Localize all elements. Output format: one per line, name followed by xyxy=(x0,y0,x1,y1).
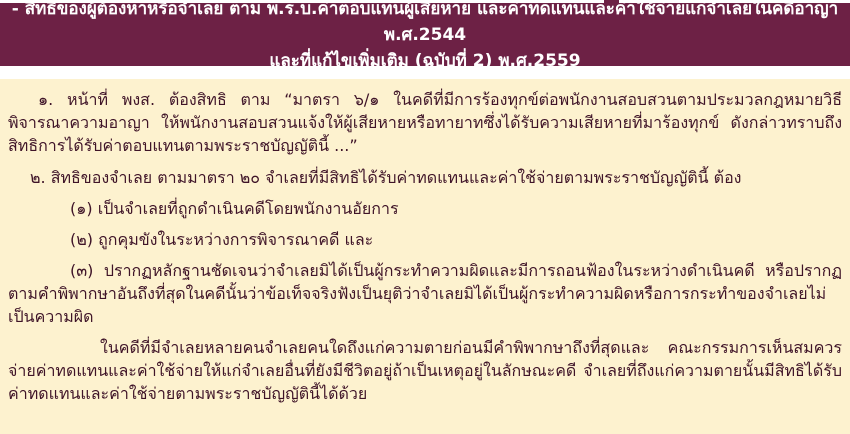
title-line-2: และที่แก้ไขเพิ่มเติม (ฉบับที่ 2) พ.ศ.255… xyxy=(269,48,580,74)
paragraph-defendant-rights-intro: ๒. สิทธิของจำเลย ตามมาตรา ๒๐ จำเลยที่มีส… xyxy=(8,166,842,189)
title-line-1: - สิทธิของผู้ต้องหาหรือจำเลย ตาม พ.ร.บ.ค… xyxy=(6,0,844,48)
list-item-2: (๒) ถูกคุมขังในระหว่างการพิจารณาคดี และ xyxy=(8,228,842,251)
paragraph-duty-of-inquiry-official: ๑. หน้าที่ พงส. ต้องสิทธิ ตาม “มาตรา ๖/๑… xyxy=(8,88,842,157)
slide-page: { "colors": { "header_bg": "#6d2145", "h… xyxy=(0,0,850,434)
list-item-1: (๑) เป็นจำเลยที่ถูกดำเนินคดีโดยพนักงานอั… xyxy=(8,197,842,220)
content-panel: ๑. หน้าที่ พงส. ต้องสิทธิ ตาม “มาตรา ๖/๑… xyxy=(0,79,850,434)
paragraph-multiple-defendants: ในคดีที่มีจำเลยหลายคนจำเลยคนใดถึงแก่ความ… xyxy=(8,336,842,405)
title-banner: - สิทธิของผู้ต้องหาหรือจำเลย ตาม พ.ร.บ.ค… xyxy=(0,3,850,66)
list-item-3: (๓) ปรากฏหลักฐานชัดเจนว่าจำเลยมิได้เป็นผ… xyxy=(8,259,842,328)
